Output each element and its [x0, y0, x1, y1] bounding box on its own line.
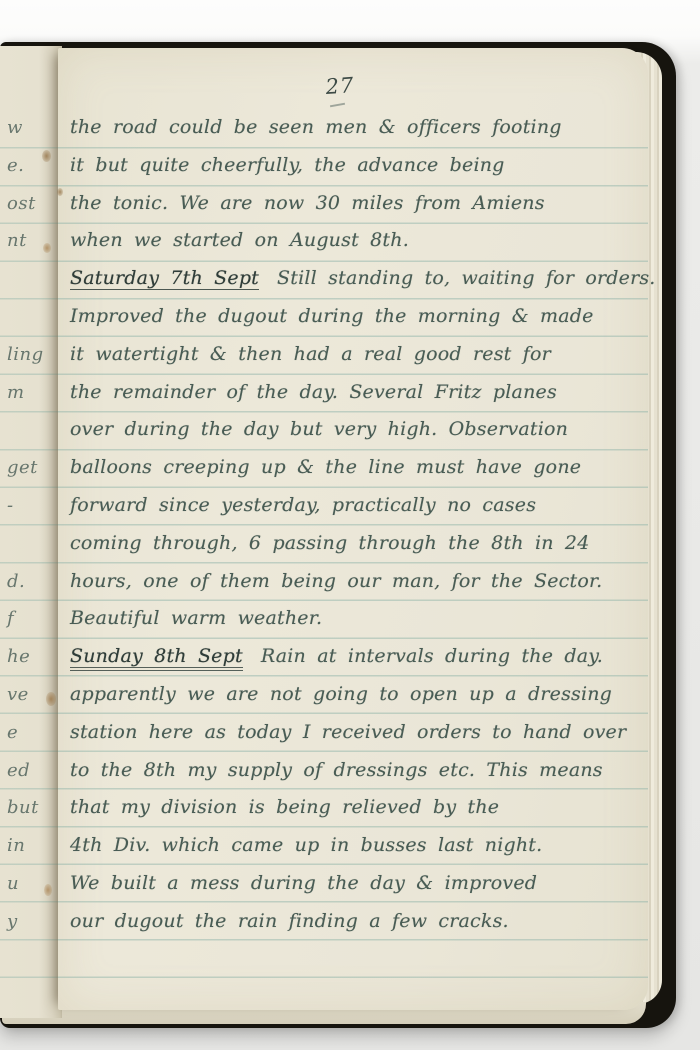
margin-fragment: w	[7, 109, 23, 147]
diary-line: coming through, 6 passing through the 8t…	[70, 525, 636, 563]
margin-fragment: ost	[7, 185, 36, 223]
diary-line: when we started on August 8th.	[70, 222, 636, 260]
paper-stain	[46, 692, 56, 706]
margin-fragment: -	[7, 487, 14, 525]
diary-line: 4th Div. which came up in busses last ni…	[70, 827, 636, 865]
diary-line: it watertight & then had a real good res…	[70, 336, 636, 374]
diary-line: our dugout the rain finding a few cracks…	[70, 903, 636, 941]
margin-fragment: e	[7, 714, 18, 752]
page-number-underline-mark	[330, 103, 345, 108]
diary-line: station here as today I received orders …	[70, 714, 636, 752]
margin-fragment: m	[7, 374, 25, 412]
diary-line: Improved the dugout during the morning &…	[70, 298, 636, 336]
diary-lines: the road could be seen men & officers fo…	[70, 109, 636, 941]
margin-fragment: e.	[7, 147, 24, 185]
entry-text: Still standing to, waiting for orders.	[277, 267, 656, 289]
diary-line: balloons creeping up & the line must hav…	[70, 449, 636, 487]
page-number: 27	[309, 72, 371, 100]
paper-stain	[57, 188, 63, 196]
margin-fragment: u	[7, 865, 19, 903]
margin-fragment: nt	[7, 222, 27, 260]
diary-line: over during the day but very high. Obser…	[70, 411, 636, 449]
diary-line: Beautiful warm weather.	[70, 600, 636, 638]
diary-page: 27 the road could be seen men & officers…	[58, 48, 648, 1010]
margin-fragment: f	[7, 600, 14, 638]
diary-line: hours, one of them being our man, for th…	[70, 563, 636, 601]
margin-fragment: he	[7, 638, 30, 676]
margin-fragment: d.	[7, 563, 25, 601]
diary-line: the road could be seen men & officers fo…	[70, 109, 636, 147]
margin-fragment: ling	[7, 336, 44, 374]
margin-fragment: ed	[7, 752, 30, 790]
diary-line: the tonic. We are now 30 miles from Amie…	[70, 185, 636, 223]
margin-fragment: y	[7, 903, 18, 941]
entry-date-heading: Sunday 8th Sept	[70, 645, 243, 671]
diary-line: Saturday 7th SeptStill standing to, wait…	[70, 260, 636, 298]
diary-line: apparently we are not going to open up a…	[70, 676, 636, 714]
paper-stain	[42, 150, 51, 162]
entry-text: Rain at intervals during the day.	[261, 645, 603, 667]
diary-line: it but quite cheerfully, the advance bei…	[70, 147, 636, 185]
diary-line: that my division is being relieved by th…	[70, 789, 636, 827]
margin-fragment: ve	[7, 676, 29, 714]
margin-fragment: but	[7, 789, 39, 827]
margin-fragment: in	[7, 827, 25, 865]
paper-stain	[43, 243, 51, 253]
diary-line: forward since yesterday, practically no …	[70, 487, 636, 525]
diary-line: We built a mess during the day & improve…	[70, 865, 636, 903]
diary-line: the remainder of the day. Several Fritz …	[70, 374, 636, 412]
diary-line: to the 8th my supply of dressings etc. T…	[70, 752, 636, 790]
margin-fragment: get	[7, 449, 38, 487]
diary-line: Sunday 8th SeptRain at intervals during …	[70, 638, 636, 676]
photo-backdrop: we.ostntlingmget-d.fheveeedbutinuy 27 th…	[0, 0, 700, 1050]
paper-stain	[44, 884, 52, 896]
entry-date-heading: Saturday 7th Sept	[70, 267, 259, 290]
previous-page-edge: we.ostntlingmget-d.fheveeedbutinuy	[0, 46, 62, 1018]
